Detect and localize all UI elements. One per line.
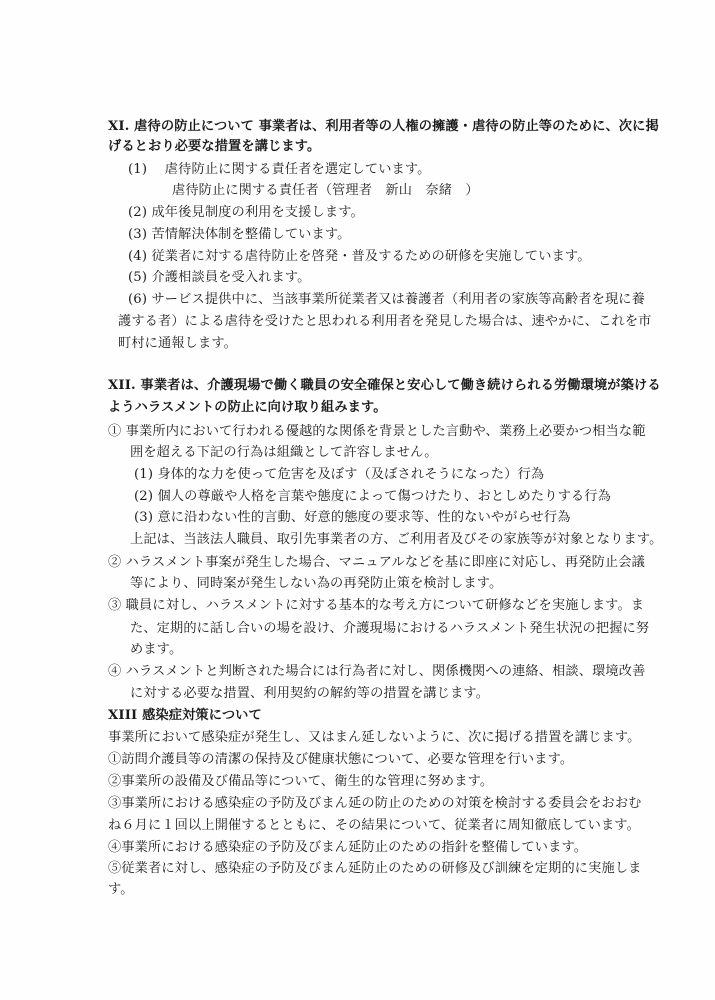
section-xiii-heading: XIII 感染症対策について: [108, 707, 262, 725]
section-xi-item-6-line3: 町村に通報します。: [118, 335, 237, 353]
section-xii-item-3-line1: ③ 職員に対し、ハラスメントに対する基本的な考え方について研修などを実施します。…: [108, 597, 644, 615]
section-xii-item-4-line1: ④ ハラスメントと判断された場合には行為者に対し、関係機関への連絡、相談、環境改…: [108, 663, 645, 681]
section-xii-heading-line1: XII. 事業者は、介護現場で働く職員の安全確保と安心して働き続けられる労働環境…: [108, 377, 661, 395]
section-xii-item-4-line2: に対する必要な措置、利用契約の解約等の措置を講じます。: [130, 685, 489, 703]
section-xii-item-3-line2: た、定期的に話し合いの場を設け、介護現場におけるハラスメント発生状況の把握に努: [130, 620, 649, 638]
section-xi-item-3: (3) 苦情解決体制を整備しています。: [128, 226, 350, 244]
section-xii-subitem-2: (2) 個人の尊厳や人格を言葉や態度によって傷つけたり、おとしめたりする行為: [134, 488, 611, 506]
section-xi-item-1: (1) 虐待防止に関する責任者を選定しています。: [128, 161, 431, 179]
section-xi-item-4: (4) 従業者に対する虐待防止を啓発・普及するための研修を実施しています。: [128, 248, 591, 266]
section-xi-item-5: (5) 介護相談員を受入れます。: [128, 269, 310, 287]
section-xiii-item-3-line1: ③事業所における感染症の予防及びまん延の防止のための対策を検討する委員会をおおむ: [108, 795, 642, 813]
section-xiii-item-1: ①訪問介護員等の清潔の保持及び健康状態について、必要な管理を行います。: [108, 751, 573, 769]
section-xii-item-1-line2: 囲を超える下記の行為は組織として許容しません。: [130, 444, 438, 462]
section-xii-item-2-line2: 等により、同時案が発生しない為の再発防止策を検討します。: [130, 575, 502, 593]
section-xiii-intro: 事業所において感染症が発生し、又はまん延しないように、次に掲げる措置を講じます。: [108, 729, 640, 747]
section-xi-item-6-line1: (6) サービス提供中に、当該事業所従業者又は養護者（利用者の家族等高齢者を現に…: [128, 291, 645, 309]
section-xii-heading-line2: ようハラスメントの防止に向け取り組みます。: [108, 399, 387, 417]
section-xi-heading-line1: XI. 虐待の防止について 事業者は、利用者等の人権の擁護・虐待の防止等のために…: [108, 118, 659, 136]
section-xiii-item-4: ④事業所における感染症の予防及びまん延防止のための指針を整備しています。: [108, 839, 587, 857]
section-xii-item-3-line3: めます。: [130, 641, 182, 659]
section-xii-item-1-line1: ① 事業所内において行われる優越的な関係を背景とした言動や、業務上必要かつ相当な…: [108, 423, 646, 441]
section-xi-item-6-line2: 護する者）による虐待を受けたと思われる利用者を発見した場合は、速やかに、これを市: [118, 313, 652, 331]
section-xiii-item-3-line2: ね６月に１回以上開催するとともに、その結果について、従業者に周知徹底しています。: [108, 817, 640, 835]
section-xii-subitem-3: (3) 意に沿わない性的言動、好意的態度の要求等、性的ないやがらせ行為: [134, 509, 571, 527]
section-xii-item-2-line1: ② ハラスメント事案が発生した場合、マニュアルなどを基に即座に対応し、再発防止会…: [108, 554, 645, 572]
section-xi-heading-line2: げるとおり必要な措置を講じます。: [108, 138, 320, 156]
section-xiii-item-5-line1: ⑤従業者に対し、感染症の予防及びまん延防止のための研修及び訓練を定期的に実施しま: [108, 860, 642, 878]
section-xi-item-2: (2) 成年後見制度の利用を支援します。: [128, 204, 364, 222]
section-xii-item-1-note: 上記は、当該法人職員、取引先事業者の方、ご利用者及びその家族等が対象となります。: [130, 531, 662, 549]
document-page: XI. 虐待の防止について 事業者は、利用者等の人権の擁護・虐待の防止等のために…: [0, 0, 715, 1000]
section-xii-subitem-1: (1) 身体的な力を使って危害を及ぼす（及ぼされそうになった）行為: [134, 466, 544, 484]
section-xi-item-1-responsible-person: 虐待防止に関する責任者（管理者 新山 奈緒 ）: [172, 182, 479, 200]
section-xiii-item-2: ②事業所の設備及び備品等について、衛生的な管理に努めます。: [108, 773, 493, 791]
section-xiii-item-5-line2: す。: [108, 881, 134, 899]
